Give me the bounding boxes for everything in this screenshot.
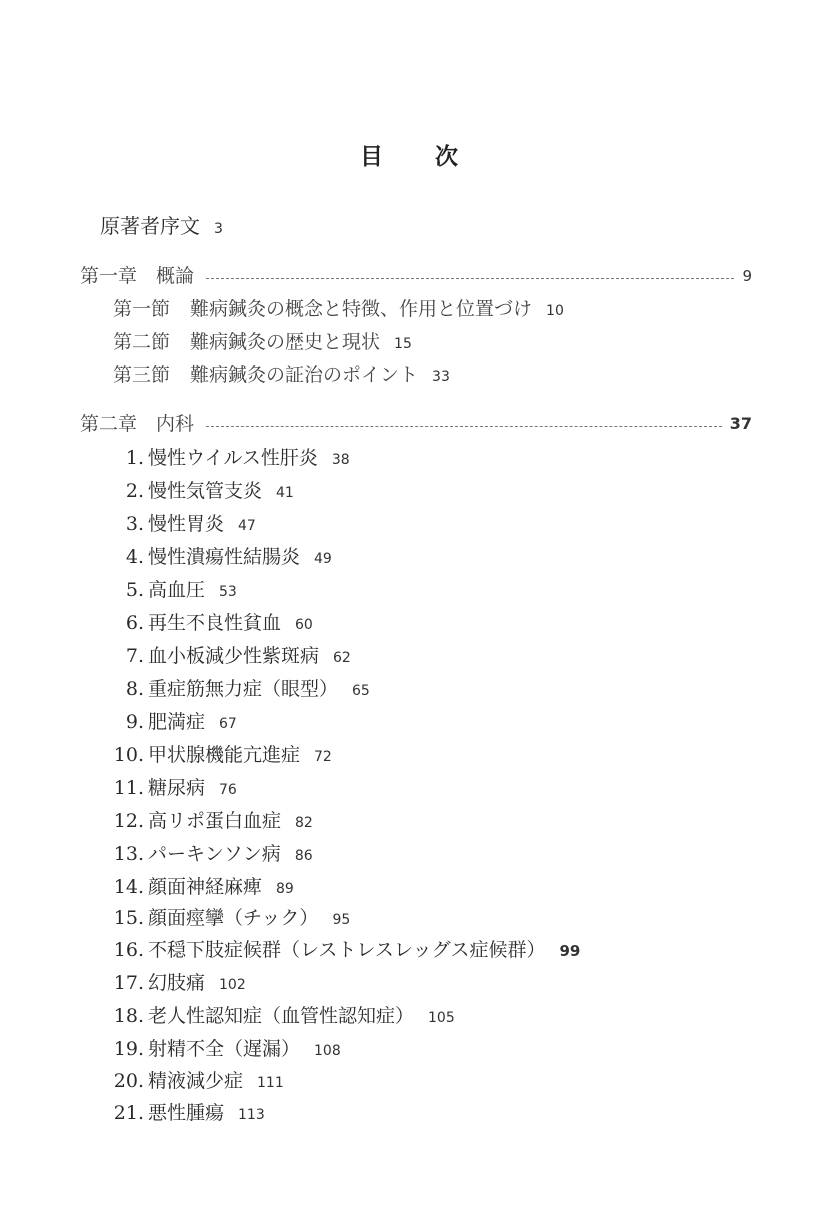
- item-label: 幻肢痛: [148, 972, 205, 994]
- toc-item[interactable]: 11.糖尿病76: [100, 776, 237, 802]
- chapter-label: 第一章 概論: [80, 264, 194, 288]
- item-label: 高リポ蛋白血症: [148, 810, 281, 832]
- item-label: 老人性認知症（血管性認知症）: [148, 1005, 414, 1027]
- item-number: 19.: [100, 1037, 144, 1061]
- page-number: 60: [295, 617, 313, 633]
- toc-item[interactable]: 19.射精不全（遅漏）108: [100, 1037, 341, 1063]
- toc-item[interactable]: 10.甲状腺機能亢進症72: [100, 743, 332, 769]
- toc-item[interactable]: 15.顔面痙攣（チック）95: [100, 906, 350, 932]
- item-number: 3.: [100, 512, 144, 536]
- page-number: 38: [332, 452, 350, 468]
- item-label: 射精不全（遅漏）: [148, 1038, 300, 1060]
- page-number: 41: [276, 485, 294, 501]
- toc-chapter-2[interactable]: 第二章 内科 37: [80, 412, 752, 436]
- page-number: 37: [730, 412, 752, 436]
- toc-item[interactable]: 3.慢性胃炎47: [100, 512, 256, 538]
- item-number: 20.: [100, 1069, 144, 1093]
- page-number: 65: [352, 683, 370, 699]
- section-label: 難病鍼灸の概念と特徴、作用と位置づけ: [190, 298, 532, 320]
- toc-item[interactable]: 21.悪性腫瘍113: [100, 1101, 265, 1127]
- toc-section[interactable]: 第三節難病鍼灸の証治のポイント33: [113, 363, 450, 389]
- item-number: 9.: [100, 710, 144, 734]
- page-title: 目次: [0, 138, 830, 171]
- item-label: 再生不良性貧血: [148, 612, 281, 634]
- page-number: 33: [432, 369, 450, 385]
- item-label: 血小板減少性紫斑病: [148, 645, 319, 667]
- toc-item[interactable]: 7.血小板減少性紫斑病62: [100, 644, 351, 670]
- toc-item[interactable]: 20.精液減少症111: [100, 1069, 284, 1095]
- item-number: 13.: [100, 842, 144, 866]
- item-label: 慢性胃炎: [148, 513, 224, 535]
- item-label: 精液減少症: [148, 1070, 243, 1092]
- toc-item[interactable]: 17.幻肢痛102: [100, 971, 246, 997]
- toc-item[interactable]: 5.高血圧53: [100, 578, 237, 604]
- item-number: 8.: [100, 677, 144, 701]
- toc-item[interactable]: 9.肥満症67: [100, 710, 237, 736]
- item-number: 12.: [100, 809, 144, 833]
- page-number: 108: [314, 1043, 341, 1059]
- item-number: 1.: [100, 446, 144, 470]
- item-label: パーキンソン病: [148, 843, 281, 865]
- toc-item[interactable]: 14.顔面神経麻痺89: [100, 875, 294, 901]
- toc-entry-preface[interactable]: 原著者序文3: [100, 214, 223, 241]
- item-number: 17.: [100, 971, 144, 995]
- toc-item[interactable]: 2.慢性気管支炎41: [100, 479, 294, 505]
- item-number: 7.: [100, 644, 144, 668]
- item-number: 2.: [100, 479, 144, 503]
- toc-section[interactable]: 第二節難病鍼灸の歴史と現状15: [113, 330, 412, 356]
- section-number: 第三節: [113, 364, 170, 386]
- toc-item[interactable]: 6.再生不良性貧血60: [100, 611, 313, 637]
- page-number: 15: [394, 336, 412, 352]
- toc-item[interactable]: 13.パーキンソン病86: [100, 842, 313, 868]
- page-number: 82: [295, 815, 313, 831]
- section-label: 難病鍼灸の証治のポイント: [190, 364, 418, 386]
- chapter-label: 第二章 内科: [80, 412, 194, 436]
- toc-item[interactable]: 12.高リポ蛋白血症82: [100, 809, 313, 835]
- page-number: 9: [742, 264, 752, 288]
- toc-item[interactable]: 4.慢性潰瘍性結腸炎49: [100, 545, 332, 571]
- item-label: 不穏下肢症候群（レストレスレッグス症候群）: [148, 939, 545, 961]
- item-number: 10.: [100, 743, 144, 767]
- page-number: 102: [219, 977, 246, 993]
- section-number: 第一節: [113, 298, 170, 320]
- item-label: 顔面痙攣（チック）: [148, 907, 318, 929]
- item-label: 慢性気管支炎: [148, 480, 262, 502]
- item-label: 慢性ウイルス性肝炎: [148, 447, 318, 469]
- dot-leader: [206, 278, 734, 279]
- item-number: 18.: [100, 1004, 144, 1028]
- item-number: 21.: [100, 1101, 144, 1125]
- section-number: 第二節: [113, 331, 170, 353]
- page-number: 113: [238, 1107, 265, 1123]
- item-number: 16.: [100, 938, 144, 962]
- item-number: 11.: [100, 776, 144, 800]
- item-label: 重症筋無力症（眼型）: [148, 678, 338, 700]
- item-number: 4.: [100, 545, 144, 569]
- item-label: 肥満症: [148, 711, 205, 733]
- page-number: 76: [219, 782, 237, 798]
- toc-item[interactable]: 16.不穏下肢症候群（レストレスレッグス症候群）99: [100, 938, 580, 963]
- toc-section[interactable]: 第一節難病鍼灸の概念と特徴、作用と位置づけ10: [113, 297, 564, 323]
- page-number: 86: [295, 848, 313, 864]
- toc-item[interactable]: 18.老人性認知症（血管性認知症）105: [100, 1004, 455, 1030]
- page-number: 95: [332, 912, 350, 928]
- page-number: 72: [314, 749, 332, 765]
- item-number: 6.: [100, 611, 144, 635]
- page-number: 3: [214, 221, 223, 237]
- item-label: 慢性潰瘍性結腸炎: [148, 546, 300, 568]
- page-number: 99: [559, 942, 580, 960]
- page-number: 111: [257, 1075, 284, 1091]
- item-number: 14.: [100, 875, 144, 899]
- section-label: 難病鍼灸の歴史と現状: [190, 331, 380, 353]
- item-number: 5.: [100, 578, 144, 602]
- page-number: 47: [238, 518, 256, 534]
- item-label: 甲状腺機能亢進症: [148, 744, 300, 766]
- entry-label: 原著者序文: [100, 214, 200, 238]
- page-number: 62: [333, 650, 351, 666]
- page-number: 89: [276, 881, 294, 897]
- page-number: 49: [314, 551, 332, 567]
- item-label: 高血圧: [148, 579, 205, 601]
- page-number: 53: [219, 584, 237, 600]
- item-label: 悪性腫瘍: [148, 1102, 224, 1124]
- item-number: 15.: [100, 906, 144, 930]
- page-number: 10: [546, 303, 564, 319]
- page-number: 105: [428, 1010, 455, 1026]
- page-number: 67: [219, 716, 237, 732]
- dot-leader: [206, 426, 722, 427]
- toc-chapter-1[interactable]: 第一章 概論 9: [80, 264, 752, 288]
- toc-item[interactable]: 1.慢性ウイルス性肝炎38: [100, 446, 350, 472]
- item-label: 糖尿病: [148, 777, 205, 799]
- toc-item[interactable]: 8.重症筋無力症（眼型）65: [100, 677, 370, 703]
- item-label: 顔面神経麻痺: [148, 876, 262, 898]
